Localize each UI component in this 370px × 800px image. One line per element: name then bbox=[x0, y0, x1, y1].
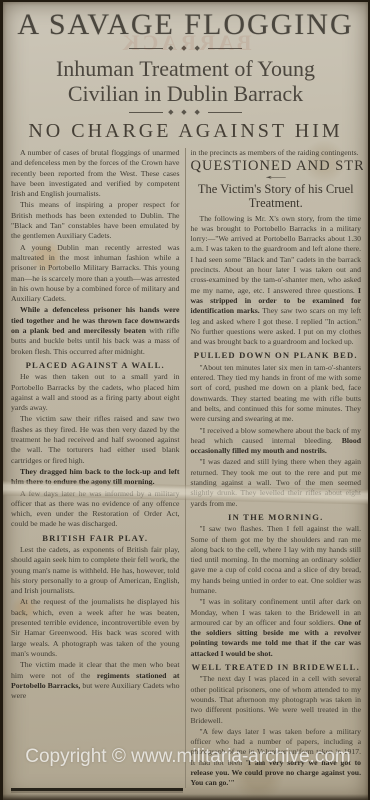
ornament-divider-icon: ◆ ◆ ◆ bbox=[3, 109, 368, 116]
column-left: A number of cases of brutal floggings of… bbox=[8, 148, 186, 788]
newspaper-clipping-scan: { "masthead": { "headline": "A SAVAGE FL… bbox=[0, 0, 370, 800]
article-paragraph: They dragged him back to the lock-up and… bbox=[11, 467, 180, 488]
article-paragraph: A number of cases of brutal floggings of… bbox=[11, 148, 180, 199]
copyright-watermark: Copyright © www.militaria-archive.com bbox=[3, 746, 368, 768]
article-paragraph: A young Dublin man recently arrested was… bbox=[11, 243, 180, 305]
arrow-divider-icon: ← bbox=[186, 172, 364, 180]
article-paragraph: "About ten minutes later six men in tam-… bbox=[191, 363, 362, 425]
ornament-divider-icon: ◆ ◆ ◆ bbox=[3, 45, 368, 52]
article-paragraph: "I saw two flashes. Then I fell against … bbox=[191, 524, 362, 596]
section-heading: WELL TREATED IN BRIDEWELL. bbox=[191, 662, 362, 672]
article-paragraph: A few days later he was informed by a mi… bbox=[11, 489, 180, 530]
masthead: BARRACK A SAVAGE FLOGGING ◆ ◆ ◆ Inhuman … bbox=[3, 2, 368, 143]
article-paragraph: "I was in solitary confinement until aft… bbox=[191, 597, 362, 659]
article-body: A number of cases of brutal floggings of… bbox=[3, 143, 368, 788]
article-paragraph: This means of inspiring a proper respect… bbox=[11, 200, 180, 241]
column-right: in the precincts as members of the raidi… bbox=[186, 148, 364, 788]
deck-heading: NO CHARGE AGAINST HIM bbox=[3, 120, 368, 143]
article-paragraph: The victim saw their rifles raised and s… bbox=[11, 414, 180, 465]
subheadline-line2: Civilian in Dublin Barrack bbox=[68, 81, 303, 106]
story-heading: The Victim's Story of his Cruel Treatmen… bbox=[197, 182, 356, 211]
article-paragraph: He was then taken out to a small yard in… bbox=[11, 372, 180, 413]
headline: A SAVAGE FLOGGING bbox=[3, 8, 368, 42]
article-paragraph: Lest the cadets, as exponents of British… bbox=[11, 545, 180, 596]
bottom-edge-shadow bbox=[3, 794, 368, 800]
section-heading: BRITISH FAIR PLAY. bbox=[11, 533, 180, 543]
article-paragraph: The following is Mr. X's own story, from… bbox=[191, 214, 362, 348]
section-heading: PLACED AGAINST A WALL. bbox=[11, 360, 180, 370]
article-paragraph: The victim made it clear that the men wh… bbox=[11, 660, 180, 701]
section-heading: PULLED DOWN ON PLANK BED. bbox=[191, 350, 362, 360]
article-paragraph: "I was dazed and still lying there when … bbox=[191, 457, 362, 508]
newspaper-page: BARRACK A SAVAGE FLOGGING ◆ ◆ ◆ Inhuman … bbox=[3, 2, 368, 800]
end-of-article-rule bbox=[11, 788, 183, 791]
article-paragraph: in the precincts as members of the raidi… bbox=[191, 148, 362, 158]
subheadline-line1: Inhuman Treatment of Young bbox=[56, 56, 315, 81]
subheadline: Inhuman Treatment of Young Civilian in D… bbox=[3, 56, 368, 106]
article-paragraph: "I received a blow somewhere about the b… bbox=[191, 426, 362, 457]
article-paragraph: At the request of the journalists he dis… bbox=[11, 597, 180, 659]
section-heading: IN THE MORNING. bbox=[191, 512, 362, 522]
article-paragraph: "The next day I was placed in a cell wit… bbox=[191, 674, 362, 725]
article-paragraph: While a defenceless prisoner his hands w… bbox=[11, 305, 180, 356]
